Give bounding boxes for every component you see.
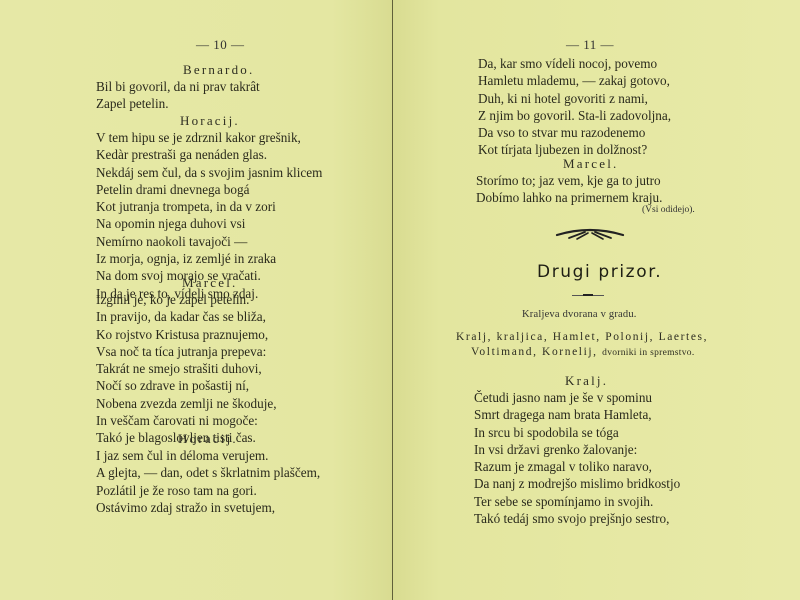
verse-line: Ko rojstvo Kristusa praznujemo,	[96, 326, 277, 343]
verse-line: Kot jutranja trompeta, in da v zori	[96, 198, 322, 215]
cast-names: Voltimand, Kornelij,	[471, 346, 598, 358]
verse-line: Da, kar smo vídeli nocoj, povemo	[478, 55, 671, 72]
verse-line: Ostávimo zdaj stražo in svetujem,	[96, 499, 320, 516]
book-spread: — 10 — Bernardo. Bil bi govoril, da ni p…	[0, 0, 800, 600]
cast-line-1: Kralj, kraljica, Hamlet, Polonij, Laerte…	[456, 331, 708, 343]
verse-line: Da nanj z modrejšo mislimo bridkostjo	[474, 475, 680, 492]
verse-line: Takó tedáj smo svojo prejšnjo sestro,	[474, 510, 680, 527]
speaker-horacij: Horacij.	[180, 113, 240, 129]
cast-rest: dvorniki in spremstvo.	[602, 348, 694, 358]
book-gutter	[392, 0, 393, 600]
verse-marcel-right: Storímo to; jaz vem, kje ga to jutro Dob…	[476, 172, 662, 207]
verse-line: Petelin drami dnevnega bogá	[96, 181, 322, 198]
title-rule-center	[583, 294, 593, 296]
verse-line: Nemírno naokoli tavajoči —	[96, 233, 322, 250]
stage-direction-exit: (Vsi odidejo).	[642, 205, 695, 215]
verse-line: Smrt dragega nam brata Hamleta,	[474, 406, 680, 423]
verse-line: Zapel petelin.	[96, 95, 260, 112]
verse-line: In srcu bi spodobila se tóga	[474, 424, 680, 441]
verse-line: Nobena zvezda zemlji ne škoduje,	[96, 395, 277, 412]
verse-line: A glejta, — dan, odet s škrlatnim plašče…	[96, 464, 320, 481]
verse-line: Četudi jasno nam je še v spominu	[474, 389, 680, 406]
ornament-divider-icon	[555, 226, 625, 242]
verse-line: Vsa noč ta tíca jutranja prepeva:	[96, 343, 277, 360]
scene-setting: Kraljeva dvorana v gradu.	[522, 309, 637, 320]
page-number-left: — 10 —	[196, 37, 245, 53]
verse-line: Ter sebe se spomínjamo in svojih.	[474, 493, 680, 510]
verse-line: Kedàr prestraši ga nenáden glas.	[96, 146, 322, 163]
verse-line: Dobímo lahko na primernem kraju.	[476, 189, 662, 206]
verse-line: In vsi državi grenko žalovanje:	[474, 441, 680, 458]
verse-line: Takrát ne smejo strašiti duhovi,	[96, 360, 277, 377]
verse-line: Nočí so zdrave in pošastij ní,	[96, 377, 277, 394]
verse-line: Storímo to; jaz vem, kje ga to jutro	[476, 172, 662, 189]
speaker-bernardo: Bernardo.	[183, 62, 254, 78]
verse-line: In veščam čarovati ni mogoče:	[96, 412, 277, 429]
verse-kralj: Četudi jasno nam je še v spominu Smrt dr…	[474, 389, 680, 527]
verse-line: Na opomin njega duhovi vsi	[96, 215, 322, 232]
verse-line: Izgínil je, ko je zapel petelin.	[96, 291, 277, 308]
verse-line: In pravijo, da kadar čas se bliža,	[96, 308, 277, 325]
verse-line: Bil bi govoril, da ni prav takrât	[96, 78, 260, 95]
verse-line: Pozlátil je že roso tam na gori.	[96, 482, 320, 499]
verse-line: Da vso to stvar mu razodenemo	[478, 124, 671, 141]
scene-title: Drugi prizor.	[537, 262, 662, 282]
verse-line: I jaz sem čul in déloma verujem.	[96, 447, 320, 464]
speaker-marcel: Marcel.	[182, 275, 237, 291]
verse-continuation: Da, kar smo vídeli nocoj, povemo Hamletu…	[478, 55, 671, 159]
verse-line: Duh, ki ni hotel govoriti z nami,	[478, 90, 671, 107]
page-number-right: — 11 —	[566, 37, 614, 53]
speaker-horacij: Horacij.	[178, 431, 238, 447]
speaker-marcel: Marcel.	[563, 156, 618, 172]
verse-line: Z njim bo govoril. Sta-li zadovoljna,	[478, 107, 671, 124]
verse-line: V tem hipu se je zdrznil kakor grešnik,	[96, 129, 322, 146]
speaker-kralj: Kralj.	[565, 373, 608, 389]
verse-bernardo: Bil bi govoril, da ni prav takrât Zapel …	[96, 78, 260, 113]
cast-line-2: Voltimand, Kornelij, dvorniki in spremst…	[471, 346, 695, 358]
verse-horacij-2: I jaz sem čul in déloma verujem. A glejt…	[96, 447, 320, 516]
verse-line: Razum je zmagal v toliko naravo,	[474, 458, 680, 475]
verse-line: Hamletu mlademu, — zakaj gotovo,	[478, 72, 671, 89]
verse-line: Iz morja, ognja, iz zemljé in zraka	[96, 250, 322, 267]
verse-marcel: Izgínil je, ko je zapel petelin. In prav…	[96, 291, 277, 447]
verse-line: Nekdáj sem čul, da s svojim jasnim klice…	[96, 164, 322, 181]
